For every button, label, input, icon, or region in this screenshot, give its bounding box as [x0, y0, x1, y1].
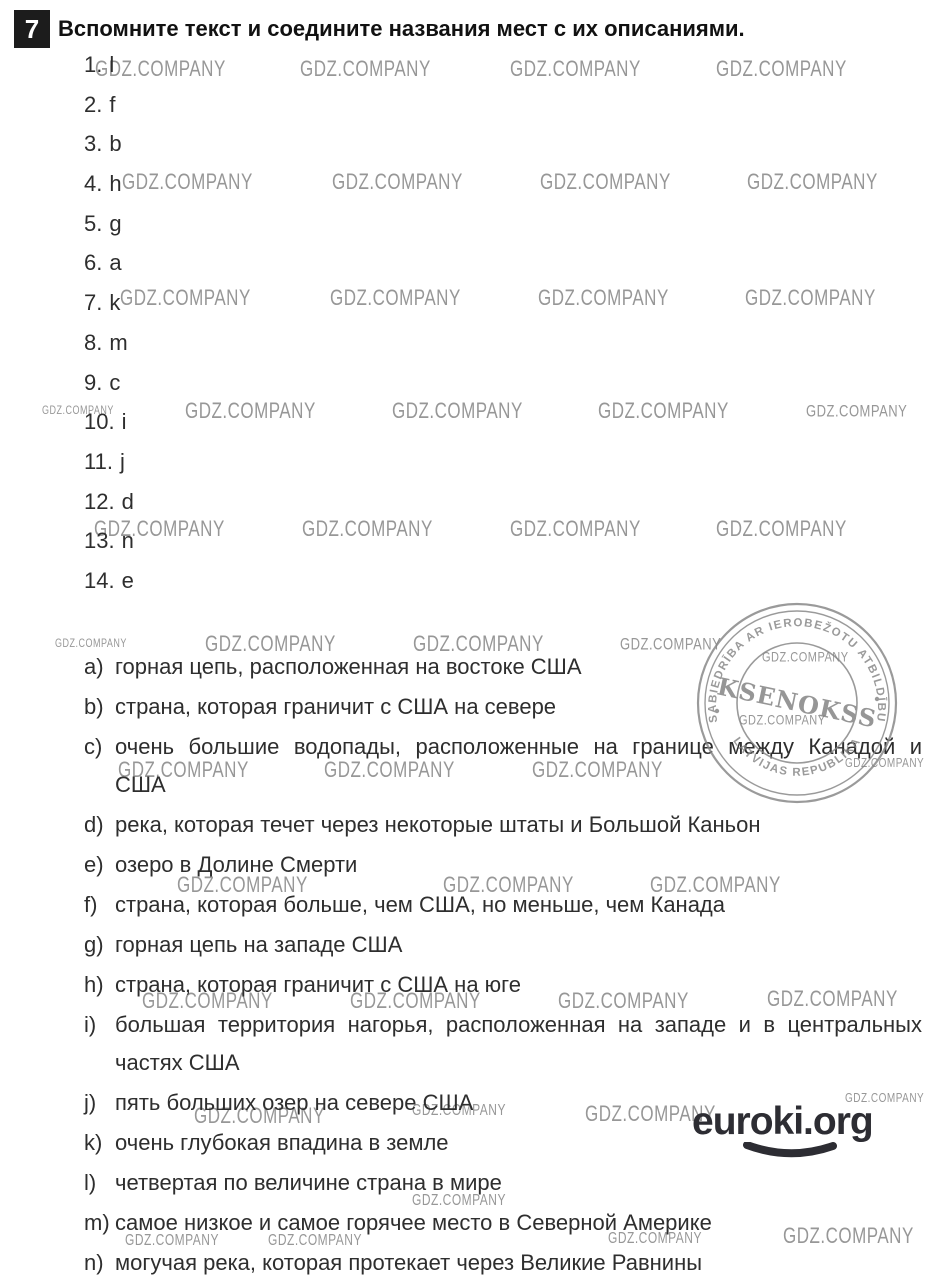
description-letter: l): [84, 1164, 115, 1202]
answer-row: 10.i: [84, 409, 134, 449]
answer-letter: d: [122, 489, 134, 515]
description-line: большая территория нагорья, расположенна…: [115, 1006, 922, 1044]
answer-number: 1.: [84, 52, 102, 78]
answer-number: 4.: [84, 171, 102, 197]
answer-letter: k: [109, 290, 120, 316]
answer-number: 6.: [84, 250, 102, 276]
description-text: могучая река, которая протекает через Ве…: [115, 1244, 922, 1282]
description-letter: a): [84, 648, 115, 686]
exercise-page: 7 Вспомните текст и соедините названия м…: [0, 0, 936, 1284]
answer-number: 9.: [84, 370, 102, 396]
description-text: большая территория нагорья, расположенна…: [115, 1006, 922, 1082]
answer-row: 12.d: [84, 489, 134, 529]
answer-letter: e: [122, 568, 134, 594]
answer-letter: l: [109, 52, 114, 78]
answer-number: 5.: [84, 211, 102, 237]
stamp-right-dot: [875, 697, 879, 701]
euroki-logo: euroki.org: [692, 1100, 873, 1144]
answer-row: 5.g: [84, 211, 134, 251]
answer-letter: g: [109, 211, 121, 237]
answer-number: 12.: [84, 489, 115, 515]
description-line: озеро в Долине Смерти: [115, 846, 922, 884]
answer-letter: n: [122, 528, 134, 554]
stamp-center-text: KSENOKSS: [715, 671, 880, 733]
description-letter: d): [84, 806, 115, 844]
answer-letter: m: [109, 330, 127, 356]
description-letter: k): [84, 1124, 115, 1162]
answer-number: 7.: [84, 290, 102, 316]
answer-row: 14.e: [84, 568, 134, 608]
description-text: четвертая по величине страна в мире: [115, 1164, 922, 1202]
description-letter: m): [84, 1204, 115, 1242]
answer-row: 8.m: [84, 330, 134, 370]
description-letter: h): [84, 966, 115, 1004]
description-item: n)могучая река, которая протекает через …: [84, 1244, 922, 1282]
answer-row: 4.h: [84, 171, 134, 211]
answer-letter: i: [122, 409, 127, 435]
description-text: река, которая течет через некоторые штат…: [115, 806, 922, 844]
answer-row: 9.c: [84, 370, 134, 410]
answer-row: 3.b: [84, 131, 134, 171]
answer-number: 10.: [84, 409, 115, 435]
description-text: самое низкое и самое горячее место в Сев…: [115, 1204, 922, 1242]
description-item: f)страна, которая больше, чем США, но ме…: [84, 886, 922, 924]
exercise-title: Вспомните текст и соедините названия мес…: [58, 16, 908, 42]
description-line: частях США: [115, 1044, 922, 1082]
description-line: страна, которая больше, чем США, но мень…: [115, 886, 922, 924]
description-letter: f): [84, 886, 115, 924]
answer-number: 2.: [84, 92, 102, 118]
description-letter: b): [84, 688, 115, 726]
answer-letter: a: [109, 250, 121, 276]
answer-row: 2.f: [84, 92, 134, 132]
description-line: могучая река, которая протекает через Ве…: [115, 1244, 922, 1282]
answer-number: 11.: [84, 449, 113, 475]
answer-letter: f: [109, 92, 115, 118]
answer-letter: c: [109, 370, 120, 396]
description-line: четвертая по величине страна в мире: [115, 1164, 922, 1202]
answer-letter: b: [109, 131, 121, 157]
description-text: озеро в Долине Смерти: [115, 846, 922, 884]
answer-letter: h: [109, 171, 121, 197]
description-line: река, которая течет через некоторые штат…: [115, 806, 922, 844]
description-item: g)горная цепь на западе США: [84, 926, 922, 964]
logo-smile-icon: [742, 1142, 838, 1159]
description-text: горная цепь на западе США: [115, 926, 922, 964]
exercise-number: 7: [25, 14, 39, 45]
description-letter: g): [84, 926, 115, 964]
description-line: страна, которая граничит с США на юге: [115, 966, 922, 1004]
description-letter: i): [84, 1006, 115, 1082]
answer-row: 1.l: [84, 52, 134, 92]
description-item: e)озеро в Долине Смерти: [84, 846, 922, 884]
round-stamp: SABIEDRĪBA AR IEROBEŽOTU ATBILDĪBU LATVI…: [693, 599, 901, 807]
description-item: i)большая территория нагорья, расположен…: [84, 1006, 922, 1082]
answer-row: 11.j: [84, 449, 134, 489]
exercise-number-badge: 7: [14, 10, 50, 48]
description-item: l)четвертая по величине страна в мире: [84, 1164, 922, 1202]
description-item: h)страна, которая граничит с США на юге: [84, 966, 922, 1004]
answer-number: 14.: [84, 568, 115, 594]
description-line: самое низкое и самое горячее место в Сев…: [115, 1204, 922, 1242]
description-letter: j): [84, 1084, 115, 1122]
description-item: m)самое низкое и самое горячее место в С…: [84, 1204, 922, 1242]
answer-number: 8.: [84, 330, 102, 356]
answer-row: 13.n: [84, 528, 134, 568]
description-item: d)река, которая течет через некоторые шт…: [84, 806, 922, 844]
description-text: страна, которая граничит с США на юге: [115, 966, 922, 1004]
answers-list: 1.l2.f3.b4.h5.g6.a7.k8.m9.c10.i11.j12.d1…: [84, 52, 134, 608]
answer-number: 13.: [84, 528, 115, 554]
description-letter: e): [84, 846, 115, 884]
answer-letter: j: [120, 449, 125, 475]
answer-row: 6.a: [84, 250, 134, 290]
description-line: горная цепь на западе США: [115, 926, 922, 964]
description-letter: n): [84, 1244, 115, 1282]
answer-row: 7.k: [84, 290, 134, 330]
answer-number: 3.: [84, 131, 102, 157]
description-text: страна, которая больше, чем США, но мень…: [115, 886, 922, 924]
stamp-left-dot: [715, 709, 719, 713]
description-letter: c): [84, 728, 115, 804]
